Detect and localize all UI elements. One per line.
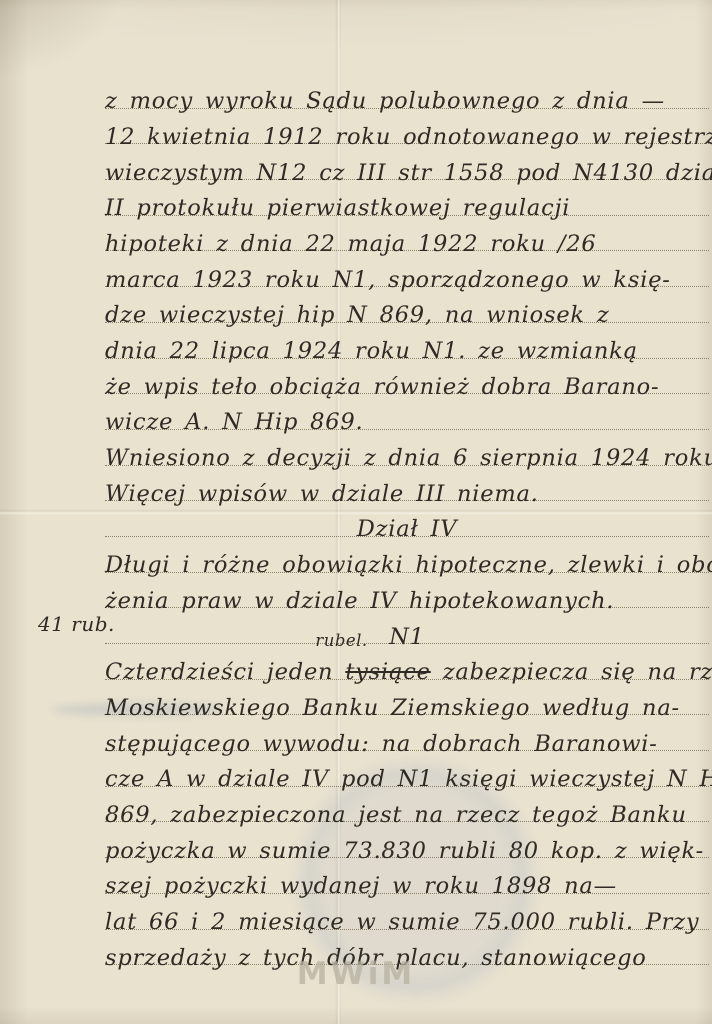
text-line: pożyczka w sumie 73.830 rubli 80 kop. z … — [105, 822, 709, 858]
handwritten-text-block: z mocy wyroku Sądu polubownego z dnia —1… — [105, 73, 709, 965]
text-line: że wpis teło obciąża również dobra Baran… — [105, 359, 709, 395]
text-line: marca 1923 roku N1, sporządzonego w księ… — [105, 251, 709, 287]
text-line: dze wieczystej hip N 869, na wniosek z — [105, 287, 709, 323]
text-line: dnia 22 lipca 1924 roku N1. ze wzmianką — [105, 323, 709, 359]
text-line: lat 66 i 2 miesiące w sumie 75.000 rubli… — [105, 894, 709, 930]
watermark: MWiM — [297, 956, 416, 992]
text-line: Moskiewskiego Banku Ziemskiego według na… — [105, 680, 709, 716]
text-line: 12 kwietnia 1912 roku odnotowanego w rej… — [105, 109, 709, 145]
text-line: szej pożyczki wydanej w roku 1898 na— — [105, 858, 709, 894]
text-line: Długi i różne obowiązki hipoteczne, zlew… — [105, 537, 709, 573]
text-line: hipoteki z dnia 22 maja 1922 roku /26 — [105, 216, 709, 252]
text-line: żenia praw w dziale IV hipotekowanych. — [105, 573, 709, 609]
text-line: Więcej wpisów w dziale III niema. — [105, 466, 709, 502]
margin-annotation: 41 rub. — [38, 612, 115, 636]
text-line: cze A w dziale IV pod N1 księgi wieczyst… — [105, 751, 709, 787]
scanned-document-page: z mocy wyroku Sądu polubownego z dnia —1… — [0, 0, 712, 1024]
inserted-correction-word: rubel. — [315, 633, 367, 650]
text-line: wicze A. N Hip 869. — [105, 394, 709, 430]
text-line: Czterdzieści jeden tysiącerubel. zabezpi… — [105, 644, 709, 680]
text-line: 869, zabezpieczona jest na rzecz tegoż B… — [105, 787, 709, 823]
text-line: stępującego wywodu: na dobrach Baranowi- — [105, 715, 709, 751]
text-line: wieczystym N12 cz III str 1558 pod N4130… — [105, 144, 709, 180]
text-line: Wniesiono z decyzji z dnia 6 sierpnia 19… — [105, 430, 709, 466]
text-line: z mocy wyroku Sądu polubownego z dnia — — [105, 73, 709, 109]
text-line: Dział IV — [105, 501, 709, 537]
text-line: N1 — [105, 608, 709, 644]
text-line: II protokułu pierwiastkowej regulacji — [105, 180, 709, 216]
